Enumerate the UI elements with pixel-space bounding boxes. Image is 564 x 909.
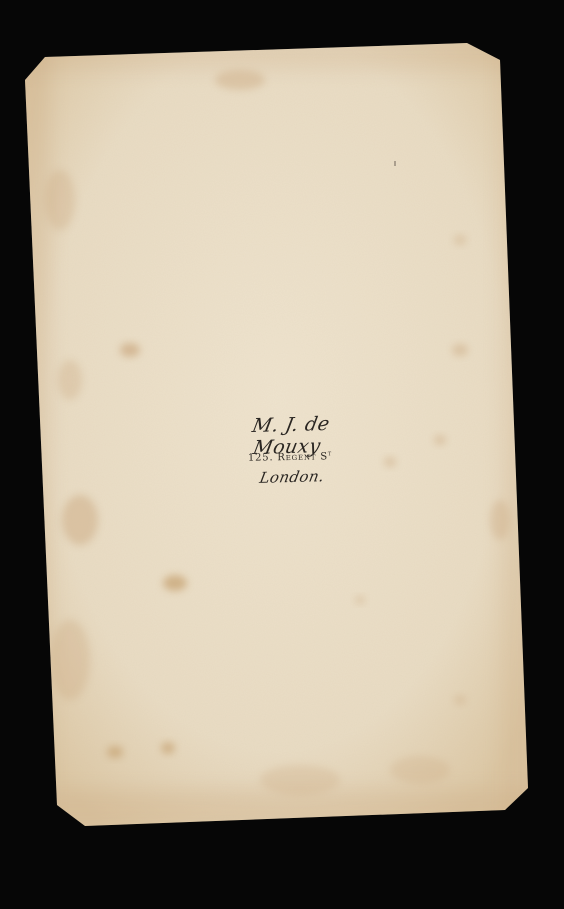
foxing-stains bbox=[0, 0, 564, 909]
card-back bbox=[0, 0, 564, 909]
photo-stage: M. J. de Mouxy 125. Regent St London. bbox=[0, 0, 564, 909]
